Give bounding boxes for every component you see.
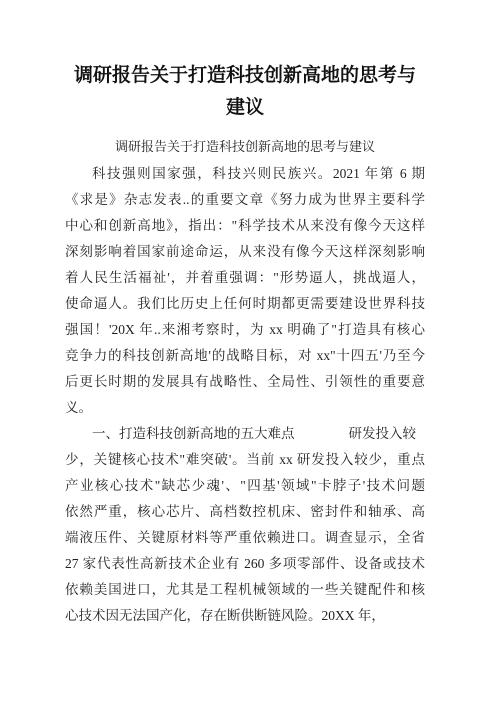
body-line-13: 产业核心技术"缺芯少魂'、"四基'领域"卡脖子'技术问题 [65,473,425,499]
body-line-7: 强国！'20X 年..来湘考察时，为 xx 明确了"打造具有核心 [65,317,425,343]
body-line-12: 少，关键核心技术"难突破'。当前 xx 研发投入较少，重点 [65,447,425,473]
body-line-16: 27 家代表性高新技术企业有 260 多项零部件、设备或技术 [65,551,425,577]
title-line-1: 调研报告关于打造科技创新高地的思考与 [65,60,425,92]
body-line-15: 端液压件、关键原材料等严重依赖进口。调查显示，全省 [65,525,425,551]
document-subtitle: 调研报告关于打造科技创新高地的思考与建议 [65,139,425,154]
body-line-2: 《求是》杂志发表..的重要文章《努力成为世界主要科学 [65,187,425,213]
body-line-5: 着人民生活福祉'，并着重强调："形势逼人，挑战逼人， [65,265,425,291]
body-line-10: 义。 [65,395,425,421]
body-line-17: 依赖美国进口，尤其是工程机械领域的一些关键配件和核 [65,577,425,603]
title-line-2: 建议 [65,92,425,124]
body-line-11: 一、打造科技创新高地的五大难点 研发投入较 [65,421,425,447]
body-line-9: 后更长时期的发展具有战略性、全局性、引领性的重要意 [65,369,425,395]
body-line-8: 竞争力的科技创新高地'的战略目标，对 xx"十四五'乃至今 [65,343,425,369]
document-page: 调研报告关于打造科技创新高地的思考与 建议 调研报告关于打造科技创新高地的思考与… [0,0,500,708]
body-line-4: 深刻影响着国家前途命运，从来没有像今天这样深刻影响 [65,239,425,265]
document-title: 调研报告关于打造科技创新高地的思考与 建议 [65,60,425,124]
body-line-6: 使命逼人。我们比历史上任何时期都更需要建设世界科技 [65,291,425,317]
body-line-3: 中心和创新高地》，指出："科学技术从来没有像今天这样 [65,213,425,239]
body-line-18: 心技术因无法国产化，存在断供断链风险。20XX 年， [65,603,425,629]
body-line-1: 科技强则国家强，科技兴则民族兴。2021 年第 6 期 [65,161,425,187]
body-line-14: 依然严重，核心芯片、高档数控机床、密封件和轴承、高 [65,499,425,525]
document-body: 科技强则国家强，科技兴则民族兴。2021 年第 6 期 《求是》杂志发表..的重… [65,161,425,629]
document-content: 调研报告关于打造科技创新高地的思考与 建议 调研报告关于打造科技创新高地的思考与… [65,60,425,629]
